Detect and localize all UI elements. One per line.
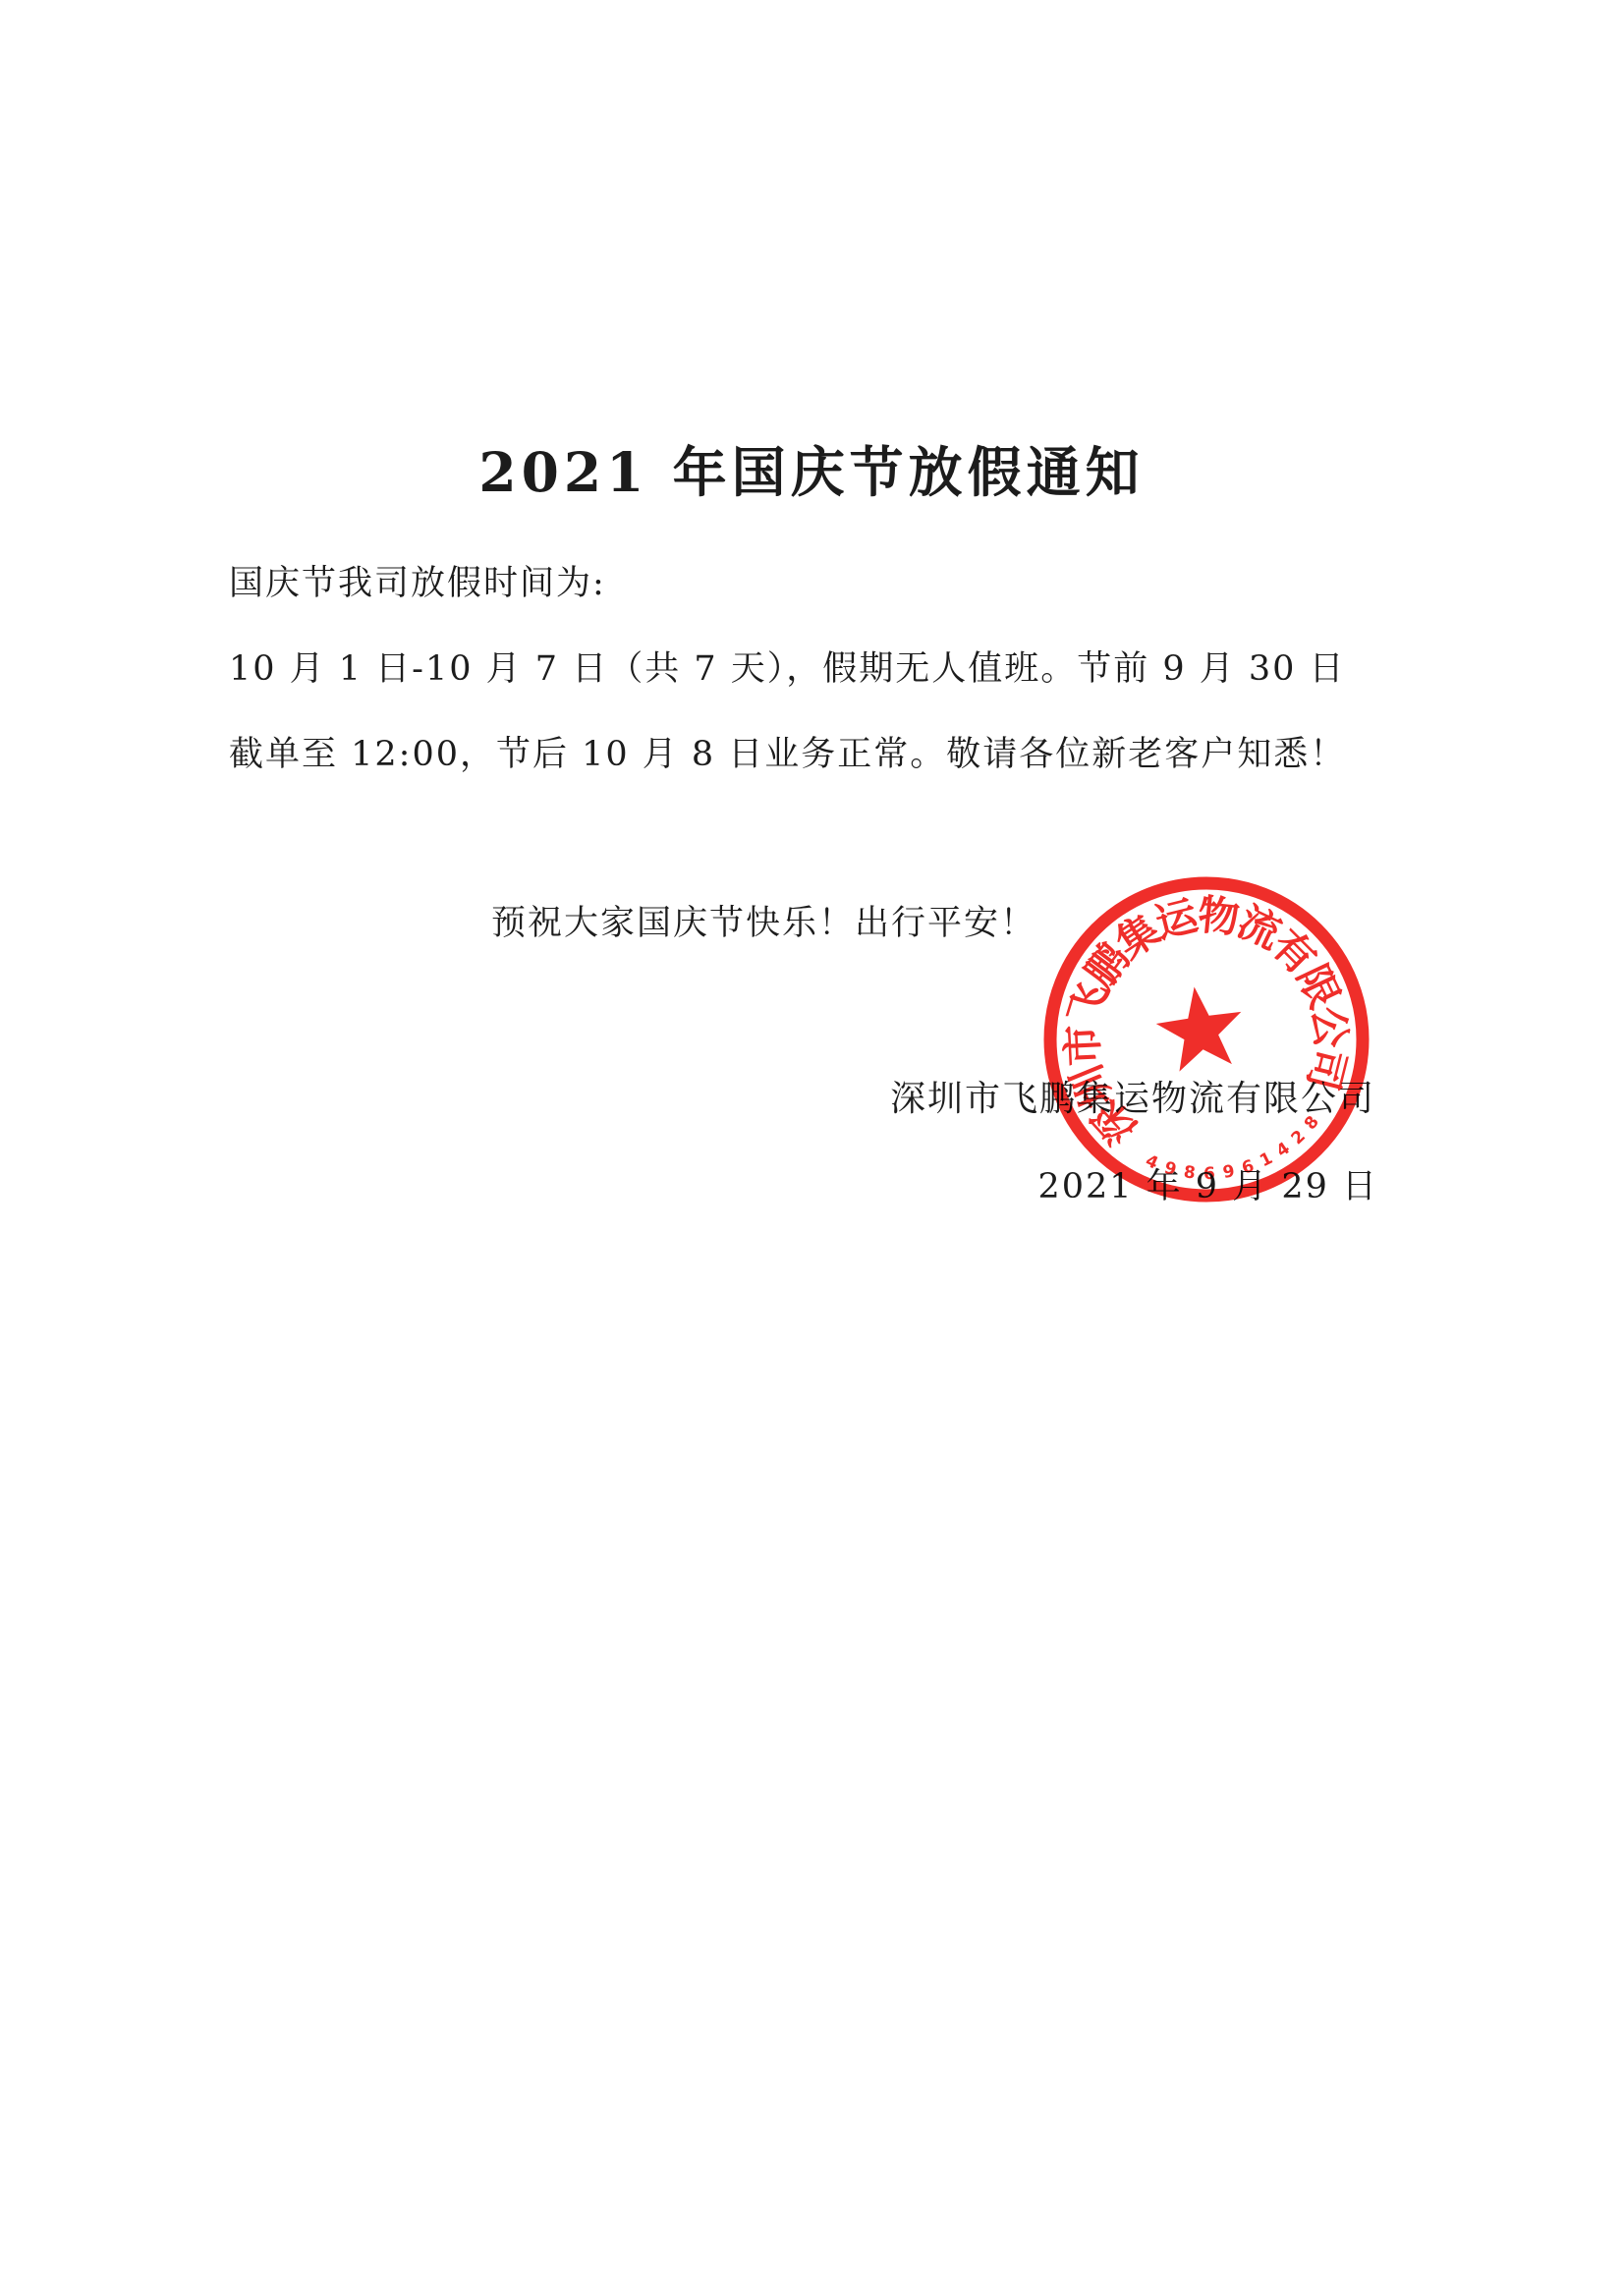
seal-ring-circle — [1050, 883, 1363, 1196]
holiday-wish-line: 预祝大家国庆节快乐！出行平安！ — [491, 896, 1036, 945]
svg-text:集: 集 — [1107, 905, 1168, 968]
signature-date: 2021 年 9 月 29 日 — [1037, 1159, 1378, 1208]
svg-text:4: 4 — [1273, 1139, 1294, 1161]
document-title: 2021 年国庆节放假通知 — [0, 429, 1623, 507]
svg-text:有: 有 — [1262, 921, 1325, 983]
svg-text:飞: 飞 — [1059, 977, 1117, 1031]
svg-text:鹏: 鹏 — [1076, 934, 1139, 996]
paragraph-line-2: 10 月 1 日-10 月 7 日（共 7 天），假期无人值班。节前 9 月 3… — [229, 642, 1346, 691]
signature-company-name: 深圳市飞鹏集运物流有限公司 — [890, 1071, 1375, 1121]
paragraph-line-3: 截单至 12:00，节后 10 月 8 日业务正常。敬请各位新老客户知悉！ — [229, 727, 1346, 776]
svg-text:公: 公 — [1304, 1004, 1356, 1050]
svg-text:2: 2 — [1288, 1127, 1310, 1149]
svg-text:运: 运 — [1150, 891, 1203, 948]
svg-text:流: 流 — [1230, 897, 1288, 958]
svg-text:物: 物 — [1196, 890, 1242, 942]
notice-document-page: 2021 年国庆节放假通知 国庆节我司放假时间为: 10 月 1 日-10 月 … — [0, 0, 1623, 2296]
star-icon — [1151, 980, 1248, 1074]
paragraph-line-1: 国庆节我司放假时间为: — [229, 556, 606, 605]
svg-text:市: 市 — [1058, 1024, 1108, 1067]
svg-text:限: 限 — [1288, 958, 1349, 1016]
